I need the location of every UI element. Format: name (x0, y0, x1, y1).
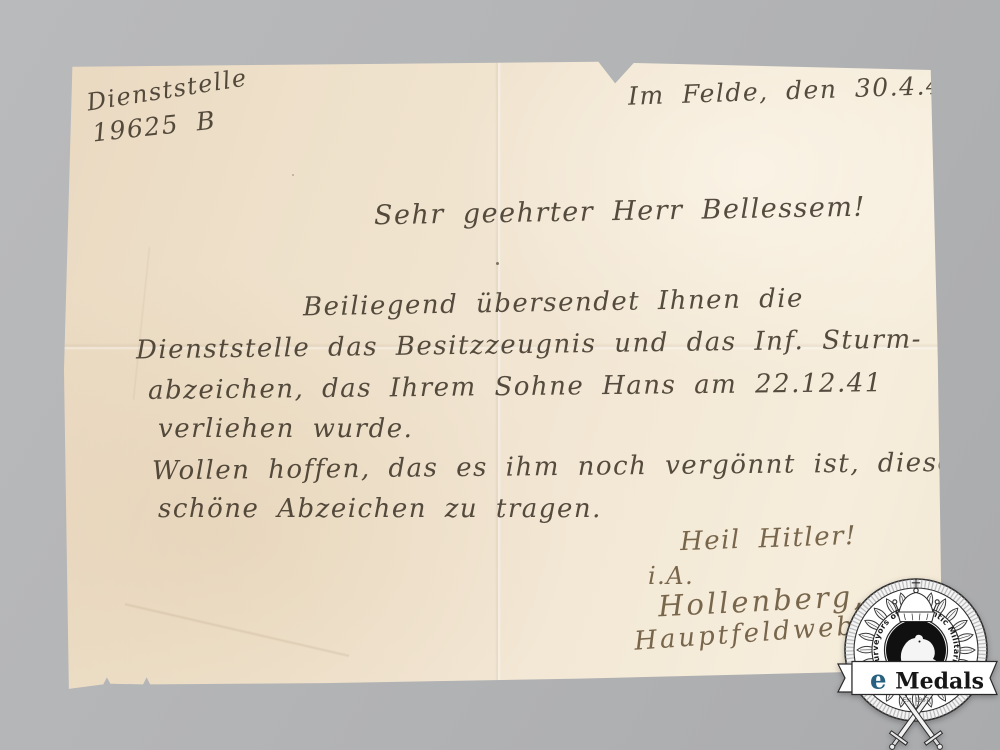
letter-body-line: Wollen hoffen, das es ihm noch vergönnt … (152, 448, 969, 487)
ink-speck (496, 262, 499, 265)
emedals-watermark-logo: Purveyors of Authentic Militaria e Med (820, 575, 1000, 750)
fold-crease-diagonal (124, 603, 349, 659)
letter-body-line: verliehen wurde. (158, 414, 413, 444)
letter-closing-salute: Heil Hitler! (680, 521, 858, 557)
letter-dateline: Im Felde, den 30.4.42 (628, 70, 962, 111)
letter-body-line: Dienststelle das Besitzzeugnis und das I… (136, 325, 922, 366)
letter-paper: Dienststelle 19625 B Im Felde, den 30.4.… (60, 56, 944, 692)
letter-body-line: abzeichen, das Ihrem Sohne Hans am 22.12… (148, 368, 883, 406)
letter-body-line: schöne Abzeichen zu tragen. (158, 494, 602, 524)
photo-stage: Dienststelle 19625 B Im Felde, den 30.4.… (0, 0, 1000, 750)
letter-body-line: Beiliegend übersendet Ihnen die (303, 284, 804, 323)
letter-salutation: Sehr geehrter Herr Bellessem! (374, 192, 866, 232)
letter-unit-name: Dienststelle (85, 63, 250, 116)
letter-closing-initials: i.A. (648, 562, 694, 590)
brand-wordmark: e Medals (870, 666, 984, 696)
ink-speck (292, 174, 294, 176)
established-label: Est. 1967 (903, 698, 930, 704)
brand-banner: e Medals Est. 1967 (838, 662, 997, 704)
